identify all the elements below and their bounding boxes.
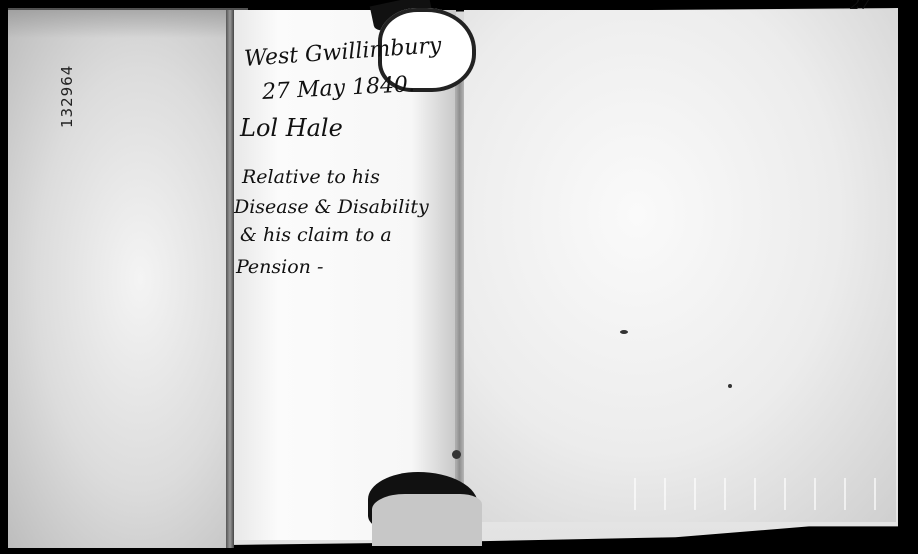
document-panel-left [8, 10, 228, 548]
scan-streaks [620, 478, 900, 510]
fold-crease-left [226, 10, 234, 548]
fold-crease-right [455, 40, 464, 490]
document-panel-right [464, 10, 896, 522]
fold-shadow [8, 8, 248, 38]
endorsement-subject-line: Relative to his [242, 166, 380, 188]
ink-speck [620, 330, 628, 334]
catalog-number: 132964 [58, 65, 76, 128]
ink-blot [452, 450, 461, 459]
endorsement-subject-line: Disease & Disability [234, 196, 429, 218]
endorsement-name: Lol Hale [240, 114, 343, 142]
bottom-tear-paper [372, 494, 482, 546]
endorsement-subject-line: Pension - [236, 256, 323, 278]
endorsement-subject-line: & his claim to a [240, 224, 392, 246]
page-number: 27 [850, 0, 870, 13]
ink-speck [728, 384, 732, 388]
